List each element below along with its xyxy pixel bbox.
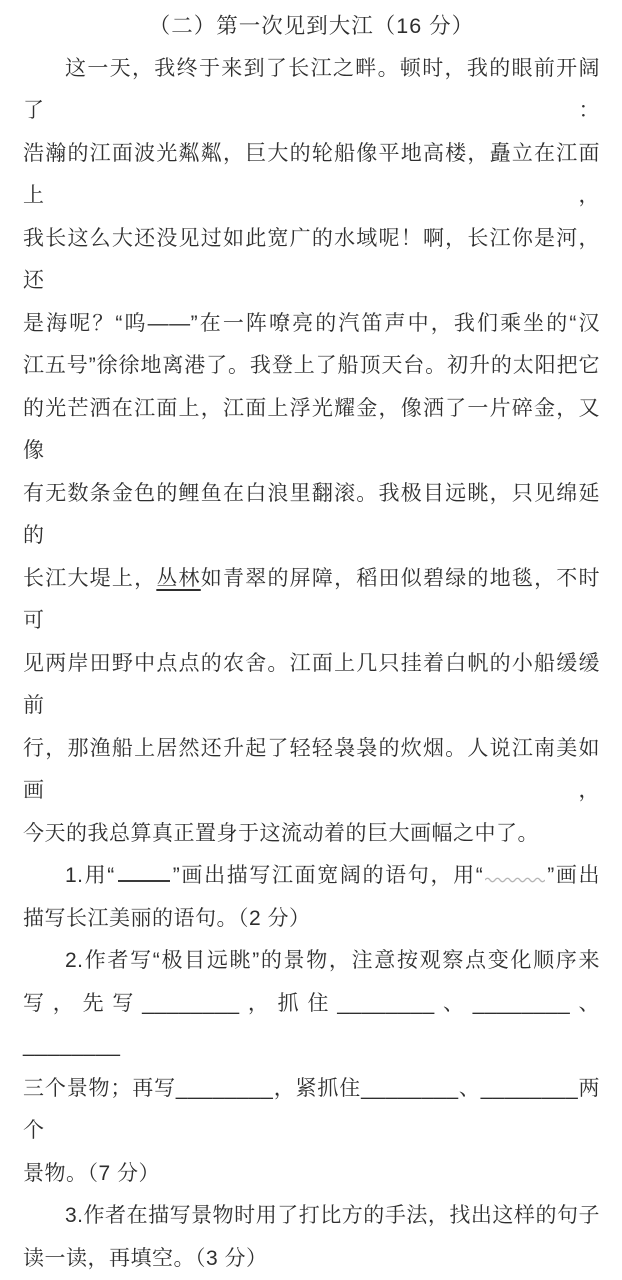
question-1-line-1: 1.用“”画出描写江面宽阔的语句，用“”画出	[23, 855, 600, 898]
passage-text: 长江大堤上，	[23, 567, 156, 590]
section-title: （二）第一次见到大江（16 分）	[23, 5, 600, 48]
passage-line-6: 的光芒洒在江面上，江面上浮光耀金，像洒了一片碎金，又像	[23, 388, 600, 473]
question-3-line-2: 读一读，再填空。（3 分）	[23, 1238, 600, 1280]
question-1-line-2: 描写长江美丽的语句。（2 分）	[23, 898, 600, 941]
passage-line-8: 长江大堤上，丛林如青翠的屏障，稻田似碧绿的地毯，不时可	[23, 558, 600, 643]
passage-line-7: 有无数条金色的鲤鱼在白浪里翻滚。我极目远眺，只见绵延的	[23, 473, 600, 558]
question-2-line-4: 景物。（7 分）	[23, 1153, 600, 1196]
solid-line-blank	[118, 861, 170, 882]
passage-line-9: 见两岸田野中点点的农舍。江面上几只挂着白帆的小船缓缓前	[23, 643, 600, 728]
question-2-line-1: 2.作者写“极目远眺”的景物，注意按观察点变化顺序来	[23, 940, 600, 983]
test-paper-page: （二）第一次见到大江（16 分） 这一天，我终于来到了长江之畔。顿时，我的眼前开…	[0, 0, 622, 1280]
passage-line-4: 是海呢？“呜——”在一阵嘹亮的汽笛声中，我们乘坐的“汉	[23, 303, 600, 346]
question-2-line-2: 写，先写________，抓住________、________、_______…	[23, 983, 600, 1068]
passage-line-2: 浩瀚的江面波光粼粼，巨大的轮船像平地高楼，矗立在江面上，	[23, 133, 600, 218]
passage-line-5: 江五号”徐徐地离港了。我登上了船顶天台。初升的太阳把它	[23, 345, 600, 388]
wavy-line-blank	[485, 873, 545, 883]
question-3-line-1: 3.作者在描写景物时用了打比方的手法，找出这样的句子	[23, 1195, 600, 1238]
question-2-line-3: 三个景物；再写________，紧抓住________、________两个	[23, 1068, 600, 1153]
passage-line-3: 我长这么大还没见过如此宽广的水域呢！啊，长江你是河，还	[23, 218, 600, 303]
passage-line-10: 行，那渔船上居然还升起了轻轻袅袅的炊烟。人说江南美如画，	[23, 728, 600, 813]
question-text: 1.用“	[65, 864, 115, 887]
question-text: ”画出	[547, 864, 600, 887]
passage-line-11: 今天的我总算真正置身于这流动着的巨大画幅之中了。	[23, 813, 600, 856]
passage-line-1: 这一天，我终于来到了长江之畔。顿时，我的眼前开阔了：	[23, 48, 600, 133]
underlined-phrase: 丛林	[156, 567, 200, 590]
question-text: ”画出描写江面宽阔的语句，用“	[173, 864, 483, 887]
